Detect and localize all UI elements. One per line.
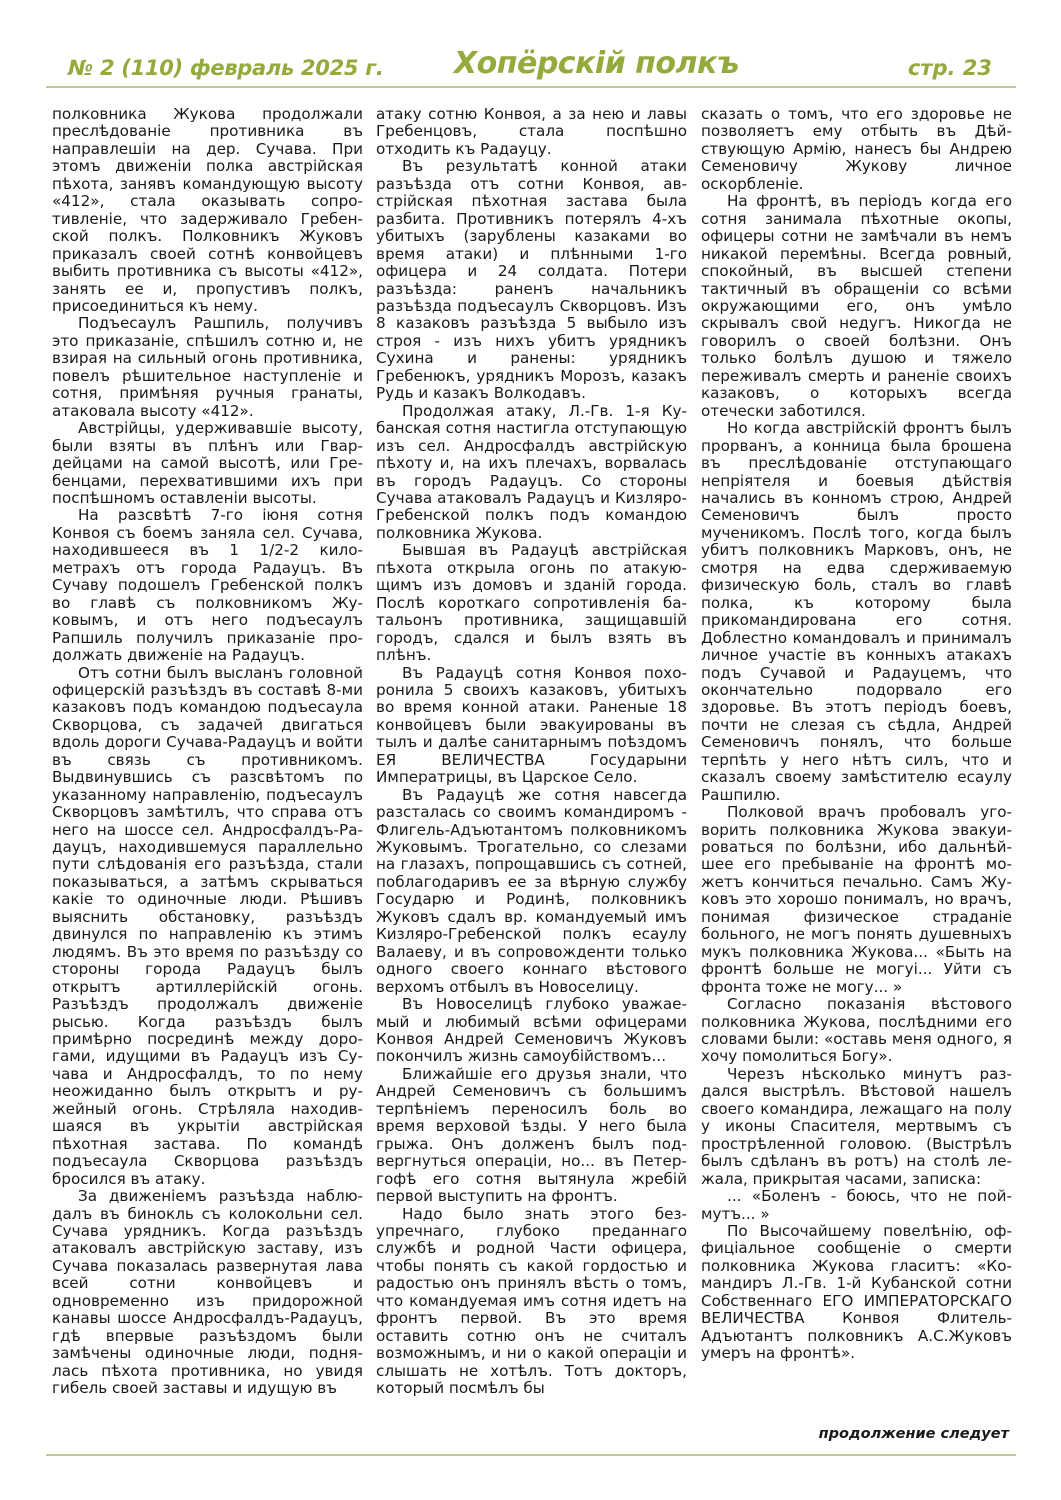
paragraph: Въ результатѣ конной атаки разъѣзда отъ …	[376, 158, 687, 402]
article-column-3: сказать о томъ, что его здоровье не позв…	[701, 106, 1012, 1363]
paragraph: На фронтѣ, въ періодъ когда его сотня за…	[701, 193, 1012, 420]
paragraph: Бывшая въ Радауцѣ австрійская пѣхота отк…	[376, 542, 687, 664]
continued-note: продолжение следует	[819, 1426, 1009, 1442]
paragraph: На разсвѣтѣ 7-го іюня сотня Конвоя съ бо…	[52, 507, 363, 664]
paragraph: Но когда австрійскій фронтъ былъ прорван…	[701, 420, 1012, 804]
paragraph: сказать о томъ, что его здоровье не позв…	[701, 106, 1012, 193]
newspaper-page: № 2 (110) февраль 2025 г. Хопёрскій полк…	[0, 0, 1061, 1500]
article-column-2: атаку сотню Конвоя, а за нею и ла­вы Гре…	[376, 106, 687, 1398]
paragraph: Продолжая атаку, Л.-Гв. 1-я Ку­банская с…	[376, 403, 687, 543]
issue-number: № 2 (110) февраль 2025 г.	[68, 56, 384, 80]
footer-divider	[46, 1454, 1016, 1456]
page-number: стр. 23	[908, 56, 992, 80]
paragraph: Согласно показанія вѣстового полковника …	[701, 996, 1012, 1066]
paragraph: Ближайшіе его друзья знали, что Андрей С…	[376, 1066, 687, 1206]
paragraph: Отъ сотни былъ высланъ голов­ной офицерс…	[52, 665, 363, 1189]
paragraph: Подъесаулъ Рашпиль, получивъ это приказа…	[52, 315, 363, 420]
page-header: № 2 (110) февраль 2025 г. Хопёрскій полк…	[46, 46, 1016, 86]
article-column-1: полковника Жукова продолжали преслѣдован…	[52, 106, 363, 1398]
paragraph: Въ Радауцѣ сотня Конвоя похо­ронила 5 св…	[376, 665, 687, 787]
paragraph: полковника Жукова продолжали преслѣдован…	[52, 106, 363, 315]
publication-title: Хопёрскій полкъ	[454, 46, 739, 81]
paragraph: Полковой врачъ пробовалъ уго­ворить полк…	[701, 804, 1012, 996]
paragraph: Въ Радауцѣ же сотня навсегда разсталась …	[376, 787, 687, 996]
paragraph: По Высочайшему повелѣнію, оф­фиціальное …	[701, 1223, 1012, 1363]
paragraph: За движеніемъ разъѣзда наблю­далъ въ бин…	[52, 1188, 363, 1397]
paragraph: атаку сотню Конвоя, а за нею и ла­вы Гре…	[376, 106, 687, 158]
header-divider	[46, 86, 1016, 88]
paragraph: Черезъ нѣсколько минутъ раз­дался выстрѣ…	[701, 1066, 1012, 1188]
paragraph: Надо было знать этого без­упречнаго, глу…	[376, 1206, 687, 1398]
paragraph: ... «Боленъ - боюсь, что не пой­мутъ... …	[701, 1188, 1012, 1223]
paragraph: Въ Новоселицѣ глубоко уважае­мый и любим…	[376, 996, 687, 1066]
paragraph: Австрійцы, удерживавшіе высо­ту, были вз…	[52, 420, 363, 507]
